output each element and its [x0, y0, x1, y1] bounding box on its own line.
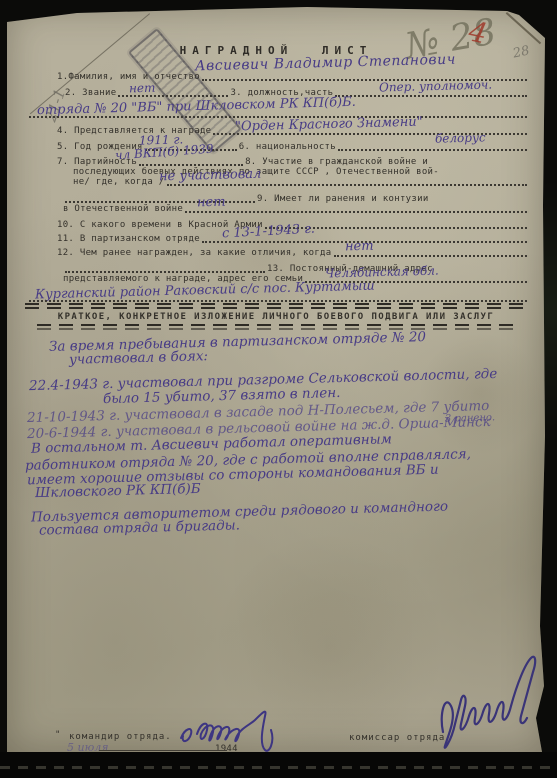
field12-value: нет: [345, 240, 374, 254]
scan-bottom-band: [0, 752, 557, 778]
feat-section-header: КРАТКОЕ, КОНКРЕТНОЕ ИЗЛОЖЕНИЕ ЛИЧНОГО БО…: [7, 312, 545, 322]
dotted-line: [65, 199, 255, 203]
corner-number-small: 28: [512, 44, 531, 60]
field9-value: нет: [197, 196, 226, 210]
field6-label: 6. национальность: [239, 142, 336, 152]
field3-value: Опер. уполномоч.: [379, 79, 492, 94]
field2-label: 2. Звание: [65, 88, 116, 98]
dotted-line: [29, 298, 527, 302]
dotted-line: [185, 209, 527, 213]
field11-label: 11. В партизанском отряде: [57, 234, 200, 244]
field2-value: нет: [129, 82, 156, 95]
dotted-line: [65, 269, 265, 273]
field6-value: белорус: [435, 131, 486, 144]
feat-text-line: участвовал в боях:: [69, 350, 208, 367]
section-divider: [25, 303, 527, 305]
feat-text-line: Шкловского РК КП(б)Б: [35, 483, 201, 501]
dotted-line: [139, 162, 243, 166]
scanned-document: 21-1 НАГРАДНОЙ ЛИСТ № 28 4 28 1.Фамилия,…: [0, 0, 557, 778]
award-sheet-page: 21-1 НАГРАДНОЙ ЛИСТ № 28 4 28 1.Фамилия,…: [7, 6, 545, 752]
field8-label-line1: 8. Участие в гражданской войне и: [245, 157, 428, 167]
field9-label-line1: 9. Имеет ли ранения и контузии: [257, 194, 429, 204]
commissar-signature: [435, 654, 547, 754]
scan-bottom-dashes: [0, 766, 557, 769]
field8-label-line3: не/ где, когда /: [73, 177, 165, 187]
header-underline: [37, 328, 515, 330]
field4-label: 4. Представляется к награде: [57, 126, 211, 136]
field9-label-line2: в Отечественной войне: [63, 204, 183, 214]
dotted-line: [338, 147, 527, 151]
section-divider: [25, 307, 527, 309]
feat-text-line: состава отряда и бригады.: [39, 519, 240, 538]
footer-underline: [99, 750, 227, 751]
footer-quote-mark: ": [55, 730, 61, 740]
corner-fold-shadow: [506, 12, 542, 44]
dotted-line: [335, 93, 527, 97]
field8-value: не участвовал: [159, 168, 262, 184]
commander-signature: [175, 700, 305, 755]
field12-label: 12. Чем ранее награжден, за какие отличи…: [57, 248, 332, 258]
field13-value-line1: Челябинская обл.: [325, 265, 439, 280]
commissar-label: комиссар отряда: [349, 733, 445, 743]
header-underline: [37, 324, 515, 326]
